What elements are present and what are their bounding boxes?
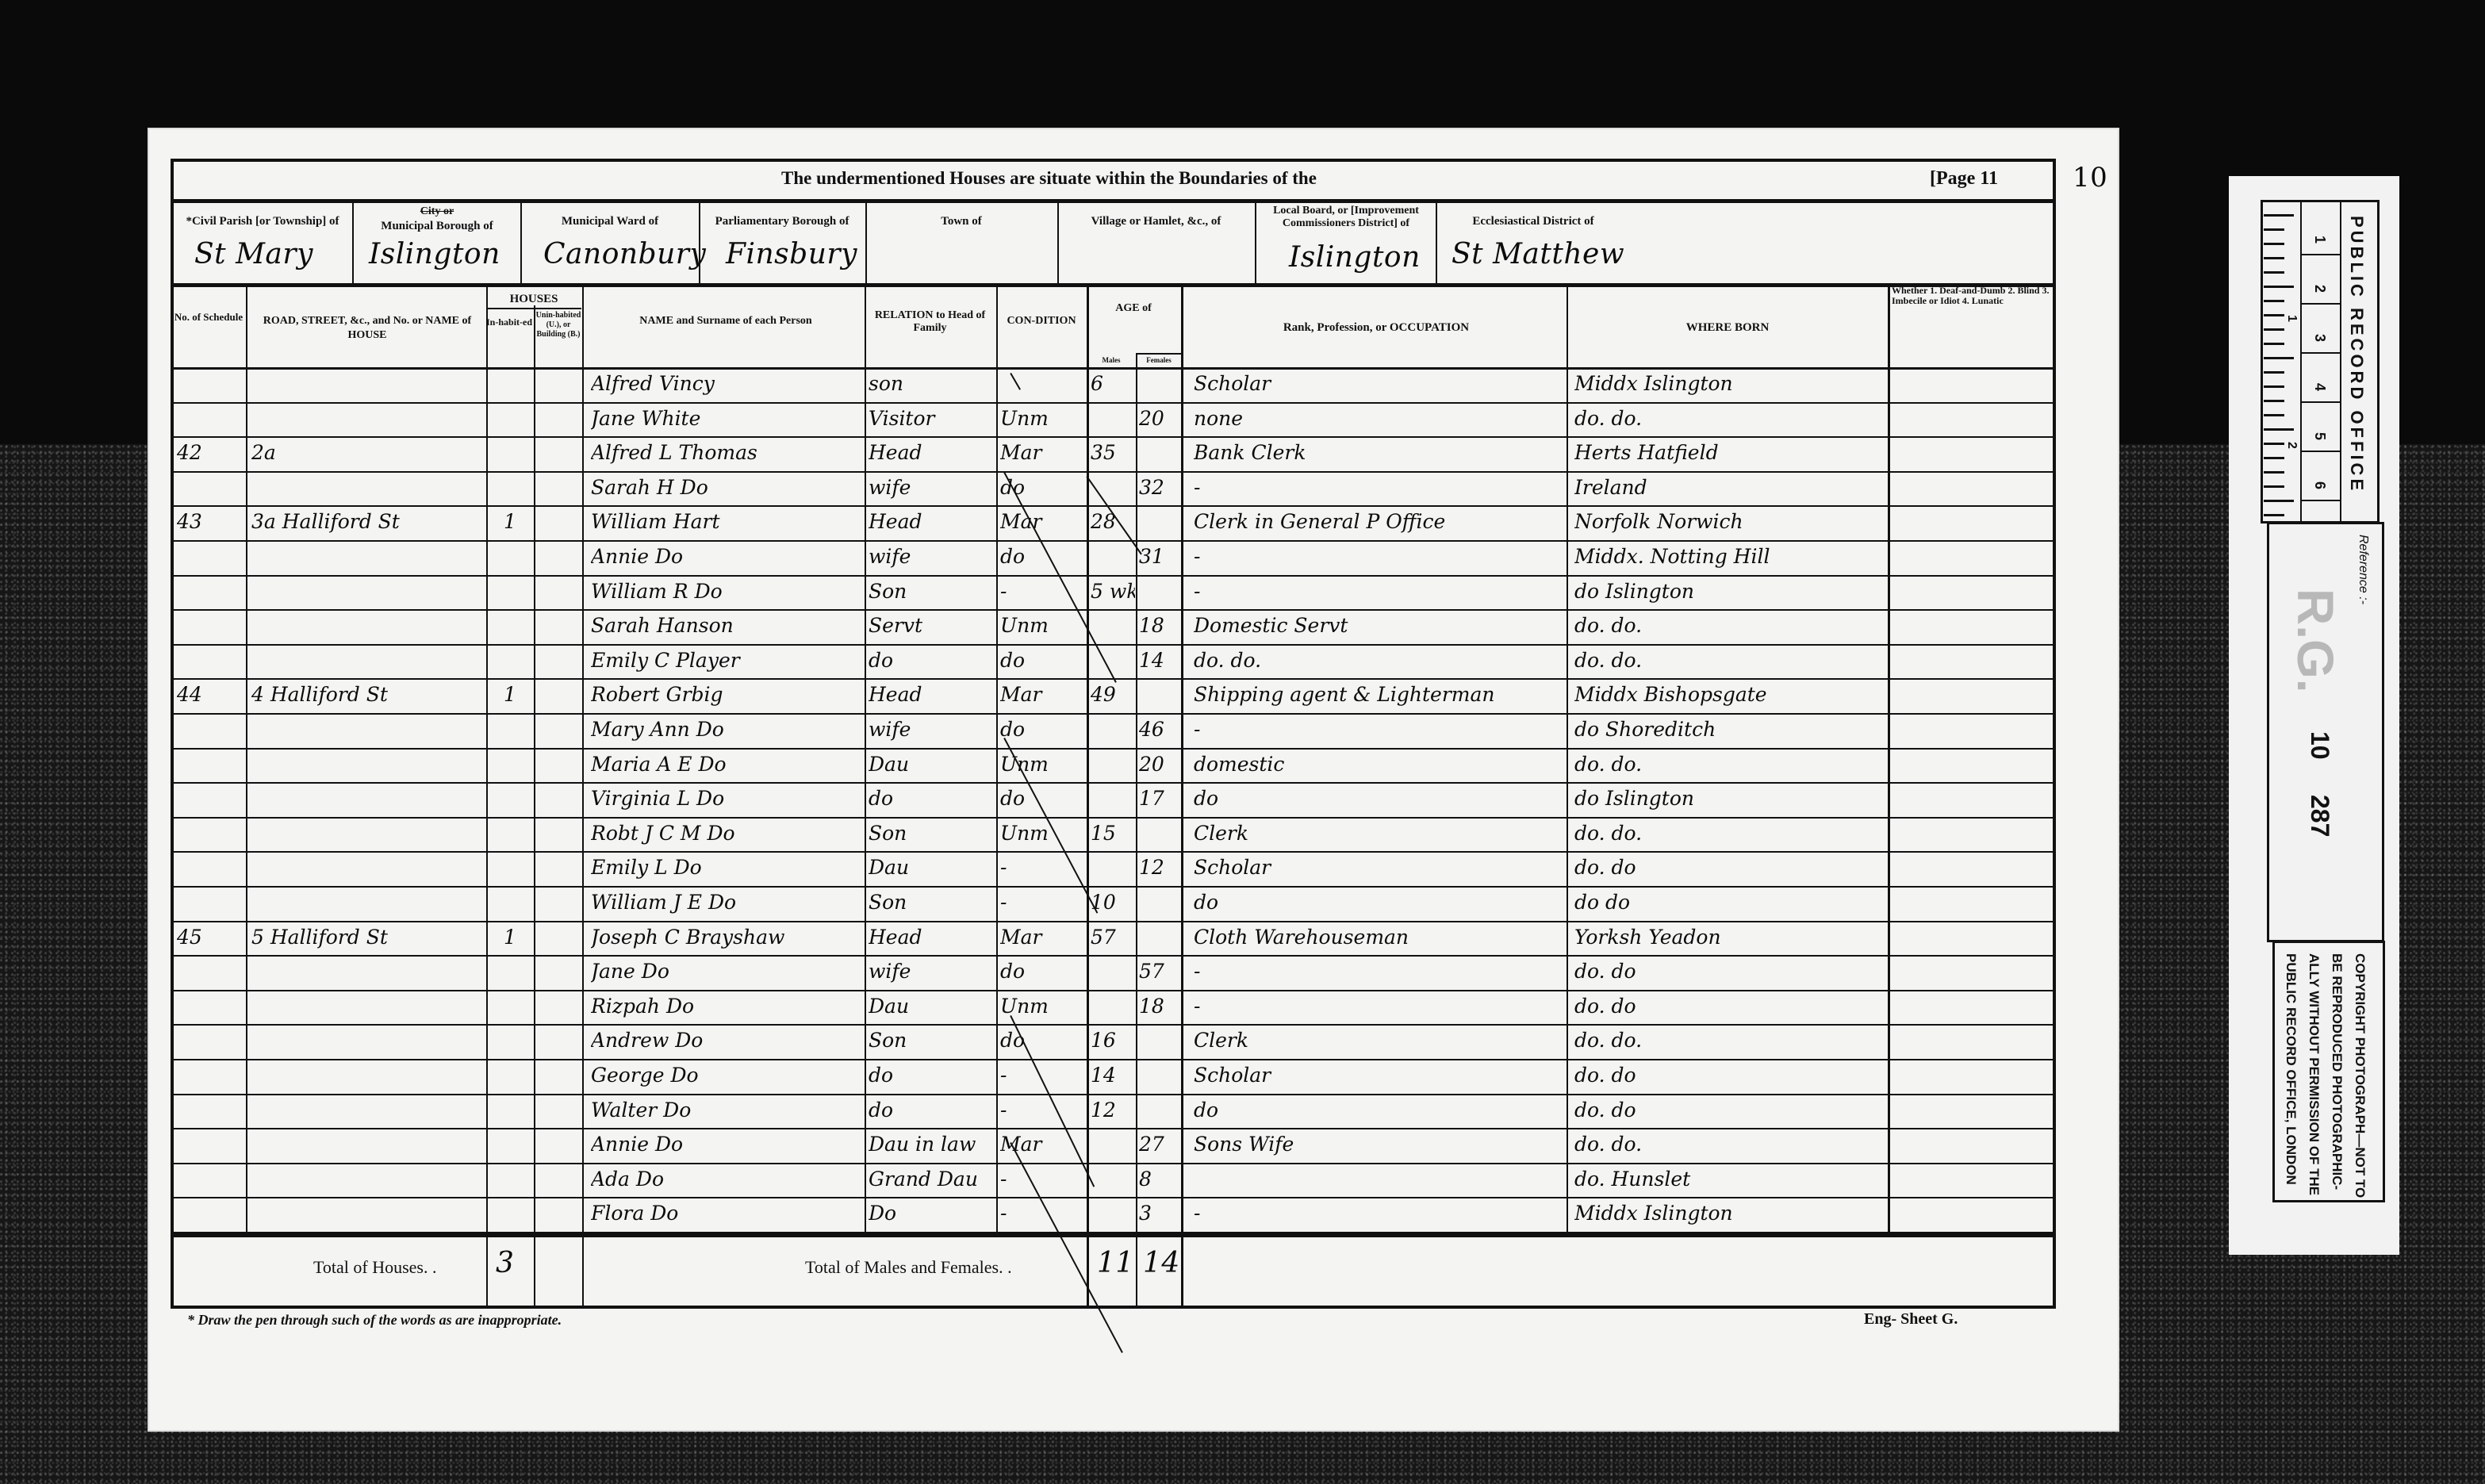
- cell-relation: son: [869, 372, 994, 395]
- cell-relation: do: [869, 1064, 994, 1087]
- ruler-tick: [2264, 514, 2284, 516]
- row-rule: [171, 782, 2056, 784]
- ruler-tick: [2264, 300, 2284, 302]
- ruler-number: 2: [2311, 285, 2328, 293]
- cell-condition: Unm: [1000, 407, 1084, 430]
- row-rule: [171, 748, 2056, 750]
- cell-condition: Mar: [1000, 683, 1084, 706]
- cell-male-age: 15: [1091, 822, 1135, 845]
- parliamentary-borough-label: Parliamentary Borough of: [700, 214, 864, 228]
- col-occupation-header: Rank, Profession, or OCCUPATION: [1184, 320, 1568, 335]
- cell-relation: wife: [869, 545, 994, 568]
- civil-parish-label: *Civil Parish [or Township] of: [174, 214, 351, 228]
- cell-occupation: do. do.: [1194, 649, 1565, 672]
- divider: [996, 284, 998, 1233]
- ruler-tick: [2264, 243, 2284, 245]
- cell-relation: wife: [869, 718, 994, 741]
- cell-name: Emily L Do: [591, 856, 861, 879]
- civil-parish-value: St Mary: [194, 238, 313, 270]
- cell-condition: Mar: [1000, 441, 1084, 464]
- cell-female-age: 18: [1139, 995, 1180, 1018]
- divider: [171, 367, 2056, 370]
- ruler-tick: [2264, 500, 2294, 502]
- cell-name: Flora Do: [591, 1202, 861, 1225]
- ruler-tick: [2264, 357, 2294, 359]
- cell-where-born: do. do: [1574, 1099, 1888, 1122]
- cell-occupation: Scholar: [1194, 372, 1565, 395]
- ruler-division: [2302, 500, 2340, 501]
- cell-where-born: Norfolk Norwich: [1574, 510, 1888, 533]
- col-where-born-header: WHERE BORN: [1568, 320, 1887, 335]
- cell-male-age: 57: [1091, 926, 1135, 949]
- total-houses-value: 3: [496, 1247, 514, 1279]
- cell-where-born: do Islington: [1574, 580, 1888, 603]
- cell-female-age: 12: [1139, 856, 1180, 879]
- cell-relation: Son: [869, 1029, 994, 1052]
- municipal-ward-value: Canonbury: [543, 238, 706, 270]
- cell-condition: Unm: [1000, 822, 1084, 845]
- ruler-tick: [2264, 314, 2284, 316]
- cell-occupation: -: [1194, 718, 1565, 741]
- cell-relation: wife: [869, 476, 994, 499]
- total-males-value: 11: [1097, 1247, 1134, 1279]
- ruler-division: [2302, 451, 2340, 452]
- row-rule: [171, 540, 2056, 542]
- cell-relation: Servt: [869, 614, 994, 637]
- cell-schedule: 42: [177, 441, 244, 464]
- col-males-header: Males: [1088, 355, 1134, 366]
- copyright-line: COPYRIGHT PHOTOGRAPH—NOT TO: [2353, 953, 2368, 1198]
- ruler-number: 1: [2311, 236, 2328, 243]
- cell-schedule: 44: [177, 683, 244, 706]
- divider: [246, 284, 247, 1233]
- cell-male-age: 5 wks: [1091, 580, 1135, 603]
- ruler-division: [2302, 352, 2340, 354]
- cell-where-born: do. do: [1574, 960, 1888, 983]
- cell-occupation: do: [1194, 1099, 1565, 1122]
- ruler-division: [2302, 254, 2340, 255]
- copyright-line: ALLY WITHOUT PERMISSION OF THE: [2307, 953, 2322, 1195]
- cell-where-born: do. do.: [1574, 1029, 1888, 1052]
- cell-occupation: Domestic Servt: [1194, 614, 1565, 637]
- ruler-tick: [2264, 414, 2284, 416]
- divider: [2300, 201, 2302, 522]
- row-rule: [171, 851, 2056, 853]
- reference-series: R.G.: [2286, 589, 2345, 693]
- ruler-tick: [2264, 471, 2284, 474]
- ruler-division: [2302, 303, 2340, 305]
- col-condition-header: CON-DITION: [998, 314, 1085, 328]
- col-name-header: NAME and Surname of each Person: [591, 314, 861, 328]
- cell-inhabited: 1: [504, 926, 532, 949]
- cell-name: Joseph C Brayshaw: [591, 926, 861, 949]
- cell-male-age: 14: [1091, 1064, 1135, 1087]
- municipal-borough-value: Islington: [369, 238, 500, 270]
- col-road-header: ROAD, STREET, &c., and No. or NAME of HO…: [248, 314, 486, 343]
- col-age-header: AGE of: [1088, 301, 1179, 316]
- cell-relation: do: [869, 787, 994, 810]
- census-form: The undermentioned Houses are situate wi…: [171, 159, 2056, 1309]
- ruler-tick: [2264, 228, 2284, 231]
- cell-condition: Unm: [1000, 614, 1084, 637]
- cell-male-age: 6: [1091, 372, 1135, 395]
- cell-condition: Mar: [1000, 926, 1084, 949]
- ruler-tick: [2264, 214, 2294, 217]
- cell-name: Jane White: [591, 407, 861, 430]
- ruler-tick: [2264, 400, 2284, 402]
- cell-relation: Head: [869, 510, 994, 533]
- row-rule: [171, 955, 2056, 957]
- cell-female-age: 31: [1139, 545, 1180, 568]
- cell-female-age: 14: [1139, 649, 1180, 672]
- cell-name: Robt J C M Do: [591, 822, 861, 845]
- cell-where-born: do. do.: [1574, 1133, 1888, 1156]
- cell-relation: Son: [869, 580, 994, 603]
- total-persons-label: Total of Males and Females. .: [805, 1257, 1012, 1278]
- cell-road: 4 Halliford St: [251, 683, 483, 706]
- cell-where-born: do. do.: [1574, 614, 1888, 637]
- reference-piece: 10: [2305, 731, 2334, 760]
- cell-where-born: Ireland: [1574, 476, 1888, 499]
- municipal-borough-label: Municipal Borough of: [355, 219, 520, 233]
- row-rule: [171, 817, 2056, 819]
- cell-name: William J E Do: [591, 891, 861, 914]
- cell-name: Rizpah Do: [591, 995, 861, 1018]
- cell-female-age: 18: [1139, 614, 1180, 637]
- cell-condition: -: [1000, 1168, 1084, 1191]
- row-rule: [171, 644, 2056, 646]
- cell-occupation: -: [1194, 995, 1565, 1018]
- ruler-number: 6: [2311, 481, 2328, 489]
- reference-number: 287: [2305, 795, 2334, 837]
- cell-where-born: do. do.: [1574, 822, 1888, 845]
- divider: [1057, 201, 1059, 284]
- cell-occupation: Bank Clerk: [1194, 441, 1565, 464]
- cell-female-age: 17: [1139, 787, 1180, 810]
- cell-occupation: do: [1194, 787, 1565, 810]
- col-infirmity-header: Whether 1. Deaf-and-Dumb 2. Blind 3. Imb…: [1892, 286, 2050, 306]
- cell-occupation: Cloth Warehouseman: [1194, 926, 1565, 949]
- footnote: * Draw the pen through such of the words…: [187, 1312, 562, 1329]
- cell-relation: Grand Dau: [869, 1168, 994, 1191]
- divider: [2340, 201, 2341, 522]
- ruler-number: 1: [2284, 315, 2299, 322]
- cell-name: William R Do: [591, 580, 861, 603]
- cell-where-born: do. do.: [1574, 407, 1888, 430]
- cell-where-born: do. Hunslet: [1574, 1168, 1888, 1191]
- cell-relation: Do: [869, 1202, 994, 1225]
- ruler-number: 5: [2311, 432, 2328, 440]
- cell-occupation: domestic: [1194, 753, 1565, 776]
- divider: [1567, 284, 1568, 1233]
- cell-relation: Visitor: [869, 407, 994, 430]
- cell-name: Annie Do: [591, 1133, 861, 1156]
- divider: [1436, 201, 1437, 284]
- row-rule: [171, 1094, 2056, 1095]
- ruler-tick: [2264, 371, 2284, 374]
- cell-relation: Head: [869, 441, 994, 464]
- ruler-tick: [2264, 485, 2284, 488]
- cell-occupation: -: [1194, 580, 1565, 603]
- cell-condition: Unm: [1000, 995, 1084, 1018]
- local-board-value: Islington: [1289, 241, 1421, 274]
- cell-where-born: do. do: [1574, 856, 1888, 879]
- cell-relation: Head: [869, 683, 994, 706]
- public-record-office-label: PUBLIC RECORD OFFICE: [2346, 216, 2367, 493]
- cell-relation: wife: [869, 960, 994, 983]
- row-rule: [171, 436, 2056, 438]
- cell-occupation: Scholar: [1194, 856, 1565, 879]
- row-rule: [171, 505, 2056, 507]
- ruler-tick: [2264, 286, 2294, 288]
- row-rule: [171, 402, 2056, 404]
- cell-name: William Hart: [591, 510, 861, 533]
- cell-name: Alfred L Thomas: [591, 441, 861, 464]
- ecclesiastical-district-value: St Matthew: [1452, 238, 1624, 270]
- ruler-number: 2: [2284, 442, 2299, 449]
- ruler-tick: [2264, 443, 2284, 445]
- cell-name: Robert Grbig: [591, 683, 861, 706]
- cell-where-born: do Shoreditch: [1574, 718, 1888, 741]
- cell-occupation: -: [1194, 960, 1565, 983]
- cell-relation: Dau: [869, 753, 994, 776]
- cell-condition: -: [1000, 1099, 1084, 1122]
- cell-female-age: 20: [1139, 753, 1180, 776]
- col-relation-header: RELATION to Head of Family: [865, 309, 995, 335]
- cell-schedule: 45: [177, 926, 244, 949]
- cell-condition: do: [1000, 649, 1084, 672]
- copyright-line: PUBLIC RECORD OFFICE, LONDON: [2284, 953, 2299, 1185]
- cell-schedule: 43: [177, 510, 244, 533]
- ecclesiastical-district-label: Ecclesiastical District of: [1438, 214, 1628, 228]
- cell-name: Emily C Player: [591, 649, 861, 672]
- ruler-number: 3: [2311, 334, 2328, 342]
- cell-occupation: -: [1194, 545, 1565, 568]
- cell-name: Ada Do: [591, 1168, 861, 1191]
- col-inhabited-header: In-habit-ed: [486, 317, 532, 328]
- parliamentary-borough-value: Finsbury: [726, 238, 857, 270]
- cell-occupation: none: [1194, 407, 1565, 430]
- cell-relation: Son: [869, 822, 994, 845]
- cell-male-age: 10: [1091, 891, 1135, 914]
- ruler-tick: [2264, 271, 2284, 274]
- total-houses-label: Total of Houses. .: [313, 1257, 437, 1278]
- cell-male-age: 12: [1091, 1099, 1135, 1122]
- cell-where-born: do. do: [1574, 1064, 1888, 1087]
- cell-where-born: Herts Hatfield: [1574, 441, 1888, 464]
- cell-road: 2a: [251, 441, 483, 464]
- cell-name: Alfred Vincy: [591, 372, 861, 395]
- cell-female-age: 20: [1139, 407, 1180, 430]
- total-females-value: 14: [1143, 1247, 1180, 1279]
- row-rule: [171, 921, 2056, 922]
- cell-where-born: Middx Bishopsgate: [1574, 683, 1888, 706]
- cell-occupation: do: [1194, 891, 1565, 914]
- ruler-tick: [2264, 328, 2284, 331]
- ruler-division: [2302, 401, 2340, 403]
- divider: [352, 201, 354, 284]
- row-rule: [171, 1059, 2056, 1060]
- cell-name: Virginia L Do: [591, 787, 861, 810]
- copyright-line: BE REPRODUCED PHOTOGRAPHIC-: [2330, 953, 2345, 1190]
- cell-condition: -: [1000, 1202, 1084, 1225]
- divider: [171, 283, 2056, 287]
- cell-inhabited: 1: [504, 510, 532, 533]
- cell-occupation: Sons Wife: [1194, 1133, 1565, 1156]
- cell-female-age: 3: [1139, 1202, 1180, 1225]
- copyright-notice: COPYRIGHT PHOTOGRAPH—NOT TO BE REPRODUCE…: [2280, 953, 2372, 1198]
- cell-name: Andrew Do: [591, 1029, 861, 1052]
- col-schedule-header: No. of Schedule: [172, 311, 245, 324]
- cell-condition: do: [1000, 960, 1084, 983]
- cell-name: Maria A E Do: [591, 753, 861, 776]
- village-label: Village or Hamlet, &c., of: [1059, 214, 1253, 228]
- cell-occupation: -: [1194, 1202, 1565, 1225]
- sheet-code: Eng- Sheet G.: [1864, 1310, 1958, 1329]
- reference-label: Reference :-: [2356, 535, 2370, 604]
- cell-road: 5 Halliford St: [251, 926, 483, 949]
- cell-female-age: 27: [1139, 1133, 1180, 1156]
- folio-number: 10: [2073, 162, 2107, 194]
- cell-name: Walter Do: [591, 1099, 861, 1122]
- cell-male-age: 35: [1091, 441, 1135, 464]
- cell-occupation: Scholar: [1194, 1064, 1565, 1087]
- cell-condition: do: [1000, 718, 1084, 741]
- cell-female-age: 46: [1139, 718, 1180, 741]
- cell-where-born: do. do.: [1574, 753, 1888, 776]
- col-houses-header: HOUSES: [486, 292, 581, 306]
- cell-where-born: do do: [1574, 891, 1888, 914]
- cell-name: Mary Ann Do: [591, 718, 861, 741]
- cell-where-born: do. do: [1574, 995, 1888, 1018]
- cell-name: Sarah Hanson: [591, 614, 861, 637]
- ruler-tick: [2264, 428, 2294, 431]
- divider: [171, 199, 2056, 203]
- row-rule: [171, 575, 2056, 577]
- cell-male-age: 49: [1091, 683, 1135, 706]
- ruler-number: 4: [2311, 383, 2328, 391]
- cell-name: Jane Do: [591, 960, 861, 983]
- divider: [865, 201, 867, 284]
- divider: [171, 1233, 2056, 1237]
- row-rule: [171, 1163, 2056, 1164]
- row-rule: [171, 609, 2056, 611]
- cell-relation: Head: [869, 926, 994, 949]
- row-rule: [171, 713, 2056, 715]
- page-number: [Page 11: [1930, 168, 1998, 190]
- row-rule: [171, 886, 2056, 888]
- cell-condition: -: [1000, 891, 1084, 914]
- cell-relation: do: [869, 1099, 994, 1122]
- cell-condition: do: [1000, 1029, 1084, 1052]
- divider: [865, 284, 866, 1233]
- divider: [1137, 353, 1181, 355]
- divider: [1255, 201, 1256, 284]
- cell-relation: Dau: [869, 856, 994, 879]
- cell-relation: Dau: [869, 995, 994, 1018]
- cell-where-born: Middx Islington: [1574, 372, 1888, 395]
- cell-relation: Son: [869, 891, 994, 914]
- row-rule: [171, 1024, 2056, 1026]
- cell-occupation: Clerk in General P Office: [1194, 510, 1565, 533]
- row-rule: [171, 990, 2056, 991]
- cell-name: Sarah H Do: [591, 476, 861, 499]
- cell-female-age: 8: [1139, 1168, 1180, 1191]
- cell-where-born: do Islington: [1574, 787, 1888, 810]
- reference-strip: PUBLIC RECORD OFFICE 12345612 Reference …: [2229, 176, 2399, 1255]
- cell-occupation: -: [1194, 476, 1565, 499]
- ruler-tick: [2264, 385, 2284, 388]
- cell-occupation: Clerk: [1194, 822, 1565, 845]
- form-title: The undermentioned Houses are situate wi…: [781, 168, 1317, 189]
- divider: [1888, 284, 1890, 1233]
- cell-name: George Do: [591, 1064, 861, 1087]
- cell-where-born: Middx. Notting Hill: [1574, 545, 1888, 568]
- divider: [520, 201, 522, 284]
- local-board-label: Local Board, or [Improvement Commissione…: [1257, 205, 1435, 230]
- cell-where-born: Middx Islington: [1574, 1202, 1888, 1225]
- cell-male-age: 16: [1091, 1029, 1135, 1052]
- municipal-ward-label: Municipal Ward of: [523, 214, 697, 228]
- cell-occupation: Shipping agent & Lighterman: [1194, 683, 1565, 706]
- cell-name: Annie Do: [591, 545, 861, 568]
- row-rule: [171, 1197, 2056, 1198]
- cell-relation: Dau in law: [869, 1133, 994, 1156]
- row-rule: [171, 1128, 2056, 1129]
- col-females-header: Females: [1137, 355, 1180, 366]
- col-uninhabited-header: Unin-habited (U.), or Building (B.): [535, 311, 581, 339]
- cell-where-born: do. do.: [1574, 649, 1888, 672]
- row-rule: [171, 471, 2056, 473]
- city-label-struck: City or: [355, 205, 520, 219]
- town-label: Town of: [867, 214, 1056, 228]
- cell-relation: do: [869, 649, 994, 672]
- cell-occupation: Clerk: [1194, 1029, 1565, 1052]
- ruler-tick: [2264, 457, 2284, 459]
- cell-inhabited: 1: [504, 683, 532, 706]
- cell-where-born: Yorksh Yeadon: [1574, 926, 1888, 949]
- ruler-tick: [2264, 343, 2284, 345]
- divider: [534, 305, 535, 1307]
- cell-condition: do: [1000, 787, 1084, 810]
- cell-female-age: 32: [1139, 476, 1180, 499]
- cell-condition: Mar: [1000, 510, 1084, 533]
- cell-condition: do: [1000, 545, 1084, 568]
- cell-road: 3a Halliford St: [251, 510, 483, 533]
- cell-female-age: 57: [1139, 960, 1180, 983]
- ruler-tick: [2264, 257, 2284, 259]
